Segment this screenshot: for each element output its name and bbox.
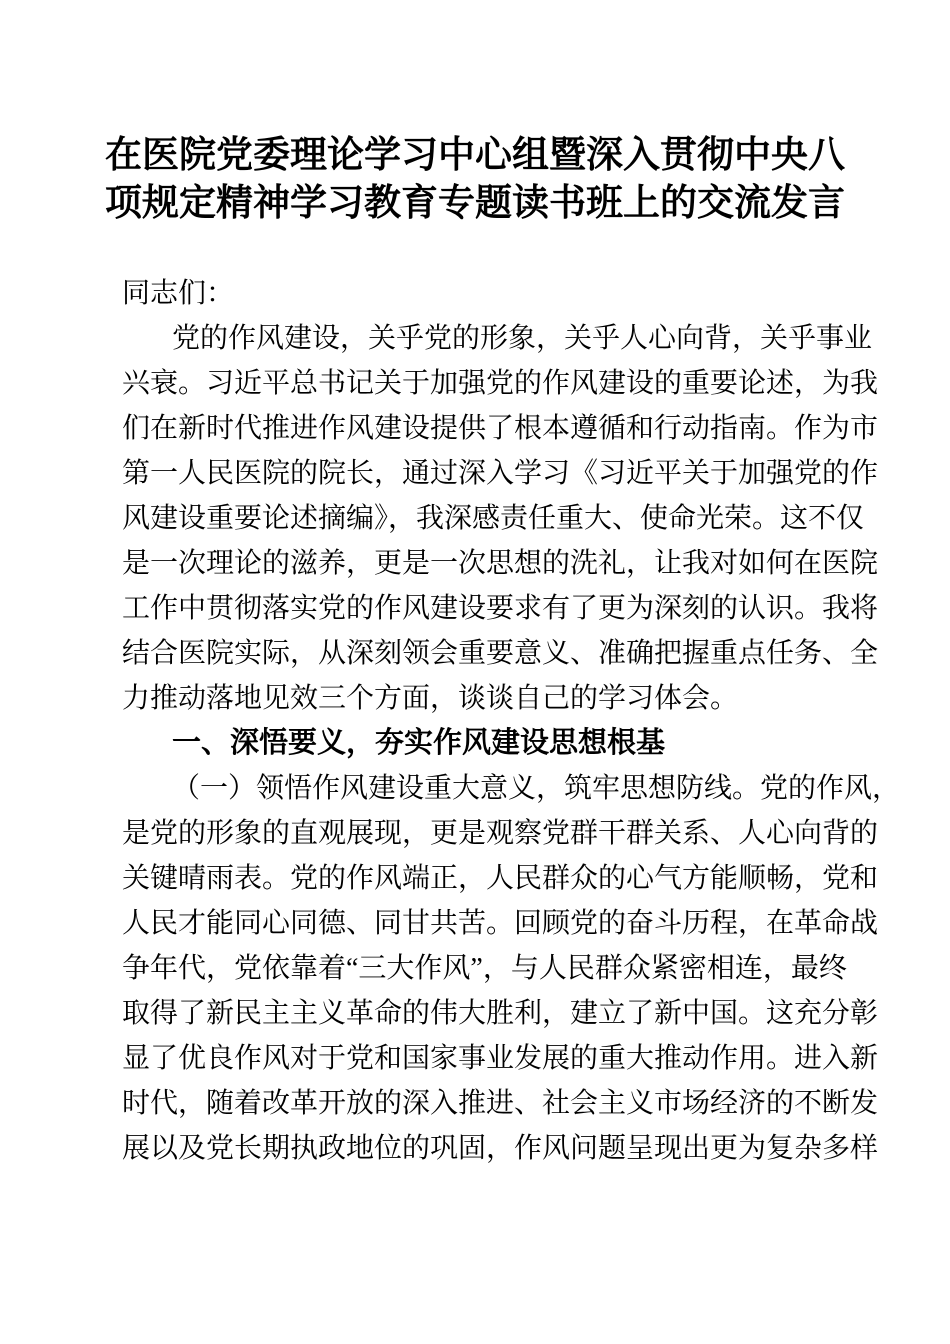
doc-line: 时代，随着改革开放的深入推进、社会主义市场经济的不断发 bbox=[122, 1081, 862, 1126]
doc-line: （一）领悟作风建设重大意义，筑牢思想防线。党的作风， bbox=[122, 766, 862, 811]
doc-line: 展以及党长期执政地位的巩固，作风问题呈现出更为复杂多样 bbox=[122, 1126, 862, 1171]
doc-line: 显了优良作风对于党和国家事业发展的重大推动作用。进入新 bbox=[122, 1036, 862, 1081]
doc-line: 是一次理论的滋养，更是一次思想的洗礼，让我对如何在医院 bbox=[122, 541, 862, 586]
document-body: 同志们： 党的作风建设，关乎党的形象，关乎人心向背，关乎事业 兴衰。习近平总书记… bbox=[122, 271, 862, 1171]
doc-line: 党的作风建设，关乎党的形象，关乎人心向背，关乎事业 bbox=[122, 316, 862, 361]
title-line-1: 在医院党委理论学习中心组暨深入贯彻中央八 bbox=[0, 132, 950, 180]
doc-line: 风建设重要论述摘编》，我深感责任重大、使命光荣。这不仅 bbox=[122, 496, 862, 541]
doc-line: 工作中贯彻落实党的作风建设要求有了更为深刻的认识。我将 bbox=[122, 586, 862, 631]
doc-line: 取得了新民主主义革命的伟大胜利，建立了新中国。这充分彰 bbox=[122, 991, 862, 1036]
doc-line: 争年代，党依靠着“三大作风”，与人民群众紧密相连，最终 bbox=[122, 946, 862, 991]
section-heading: 一、深悟要义，夯实作风建设思想根基 bbox=[122, 721, 862, 766]
doc-line: 第一人民医院的院长，通过深入学习《习近平关于加强党的作 bbox=[122, 451, 862, 496]
doc-line: 结合医院实际，从深刻领会重要意义、准确把握重点任务、全 bbox=[122, 631, 862, 676]
salutation-line: 同志们： bbox=[122, 271, 862, 316]
title-line-2: 项规定精神学习教育专题读书班上的交流发言 bbox=[0, 180, 950, 228]
doc-line: 是党的形象的直观展现，更是观察党群干群关系、人心向背的 bbox=[122, 811, 862, 856]
document-title: 在医院党委理论学习中心组暨深入贯彻中央八 项规定精神学习教育专题读书班上的交流发… bbox=[0, 132, 950, 228]
doc-line: 们在新时代推进作风建设提供了根本遵循和行动指南。作为市 bbox=[122, 406, 862, 451]
doc-line: 关键晴雨表。党的作风端正，人民群众的心气方能顺畅，党和 bbox=[122, 856, 862, 901]
doc-line: 力推动落地见效三个方面，谈谈自己的学习体会。 bbox=[122, 676, 862, 721]
doc-line: 人民才能同心同德、同甘共苦。回顾党的奋斗历程，在革命战 bbox=[122, 901, 862, 946]
doc-line: 兴衰。习近平总书记关于加强党的作风建设的重要论述，为我 bbox=[122, 361, 862, 406]
document-page: 在医院党委理论学习中心组暨深入贯彻中央八 项规定精神学习教育专题读书班上的交流发… bbox=[0, 0, 950, 1344]
